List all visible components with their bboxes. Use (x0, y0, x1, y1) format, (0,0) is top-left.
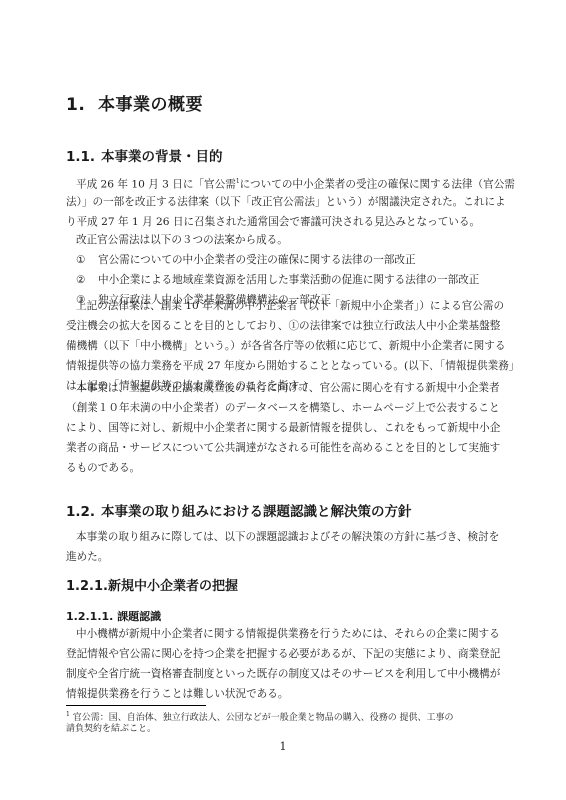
list-marker: ② (76, 270, 98, 290)
paragraph-line: 備機構（以下「中小機構」という。）が各省各庁等の依頼に応じて、新規中小企業者に関… (66, 336, 505, 356)
paragraph-line: 進めた。 (66, 547, 108, 567)
paragraph-line: 業者の商品・サービスについて公共調達がなされる可能性を高めることを目的として実施… (66, 438, 500, 458)
paragraph-line: 受注機会の拡大を図ることを目的としており、①の法律案では独立行政法人中小企業基盤… (66, 316, 500, 336)
list-item: ②中小企業による地域産業資源を活用した事業活動の促進に関する法律の一部改正 (76, 270, 479, 290)
paragraph-line: 本事業の取り組みに際しては、以下の課題認識およびその解決策の方針に基づき、検討を (76, 527, 499, 547)
heading-1-1: 1.1.本事業の背景・目的 (66, 145, 223, 165)
text: 平成 26 年 10 月 3 日に「官公需 (76, 179, 236, 191)
heading-title: 本事業の概要 (98, 95, 203, 115)
paragraph-line: （創業１０年未満の中小企業者）のデータベースを構築し、ホームページ上で公表するこ… (66, 398, 500, 418)
heading-number: 1.2.1.1. (66, 610, 113, 623)
list-item: ①官公需についての中小企業者の受注の確保に関する法律の一部改正 (76, 250, 416, 270)
paragraph-line: 本事業は、上記の改正法案成立後の執行に向けて、官公需に関心を有する新規中小企業者 (76, 378, 500, 398)
paragraph-line: 制度や全省庁統一資格審査制度といった既存の制度又はそのサービスを利用して中小機構… (66, 664, 500, 684)
heading-1-2: 1.2.本事業の取り組みにおける課題認識と解決策の方針 (66, 500, 412, 520)
heading-title: 新規中小企業者の把握 (108, 579, 238, 594)
paragraph-line: 情報提供等の協力業務を平成 27 年度から開始することとなっている。(以下､「情… (66, 356, 519, 376)
paragraph-line: 情報提供業務を行うことは難しい状況である。 (66, 684, 288, 704)
paragraph-line: 中小機構が新規中小企業者に関する情報提供業務を行うためには、それらの企業に関する (76, 624, 500, 644)
paragraph-line: 登記情報や官公需に関心を持つ企業を把握する必要があるが、下記の実態により、商業登… (66, 644, 500, 664)
heading-title: 本事業の背景・目的 (101, 149, 223, 165)
list-text: 官公需についての中小企業者の受注の確保に関する法律の一部改正 (98, 254, 416, 266)
heading-title: 本事業の取り組みにおける課題認識と解決策の方針 (101, 504, 412, 520)
heading-number: 1.2. (66, 504, 95, 520)
paragraph-line: 法）」の一部を改正する法律案（以下「改正官公需法」という）が閣議決定された。これ… (66, 192, 506, 212)
paragraph-line: るものである。 (66, 458, 140, 478)
document-page: 1.本事業の概要 1.1.本事業の背景・目的 平成 26 年 10 月 3 日に… (0, 0, 566, 800)
heading-1-2-1: 1.2.1.新規中小企業者の把握 (66, 575, 238, 594)
paragraph-line: により、国等に対し、新規中小企業者に関する最新情報を提供し、これをもって新規中小… (66, 418, 500, 438)
paragraph-line: 改正官公需法は以下の３つの法案から成る。 (76, 230, 288, 250)
page-number: 1 (0, 740, 566, 753)
heading-number: 1.1. (66, 149, 95, 165)
footnote-separator (66, 705, 206, 706)
footnote-line: 請負契約を結ぶこと。 (66, 722, 156, 736)
paragraph-line: 上記の法律案は、創業 10 年未満の中小企業者（以下「新規中小企業者」）による官… (76, 296, 504, 316)
heading-number: 1.2.1. (66, 579, 108, 594)
text: についての中小企業者の受注の確保に関する法律（官公需 (240, 179, 515, 191)
heading-number: 1. (66, 95, 98, 115)
list-text: 中小企業による地域産業資源を活用した事業活動の促進に関する法律の一部改正 (98, 274, 479, 286)
heading-1: 1.本事業の概要 (66, 90, 203, 115)
heading-1-2-1-1: 1.2.1.1. 課題認識 (66, 608, 161, 624)
paragraph-line: り平成 27 年 1 月 26 日に召集された通常国会で審議可決される見込みとな… (66, 212, 480, 232)
heading-title: 課題認識 (117, 610, 161, 623)
list-marker: ① (76, 250, 98, 270)
